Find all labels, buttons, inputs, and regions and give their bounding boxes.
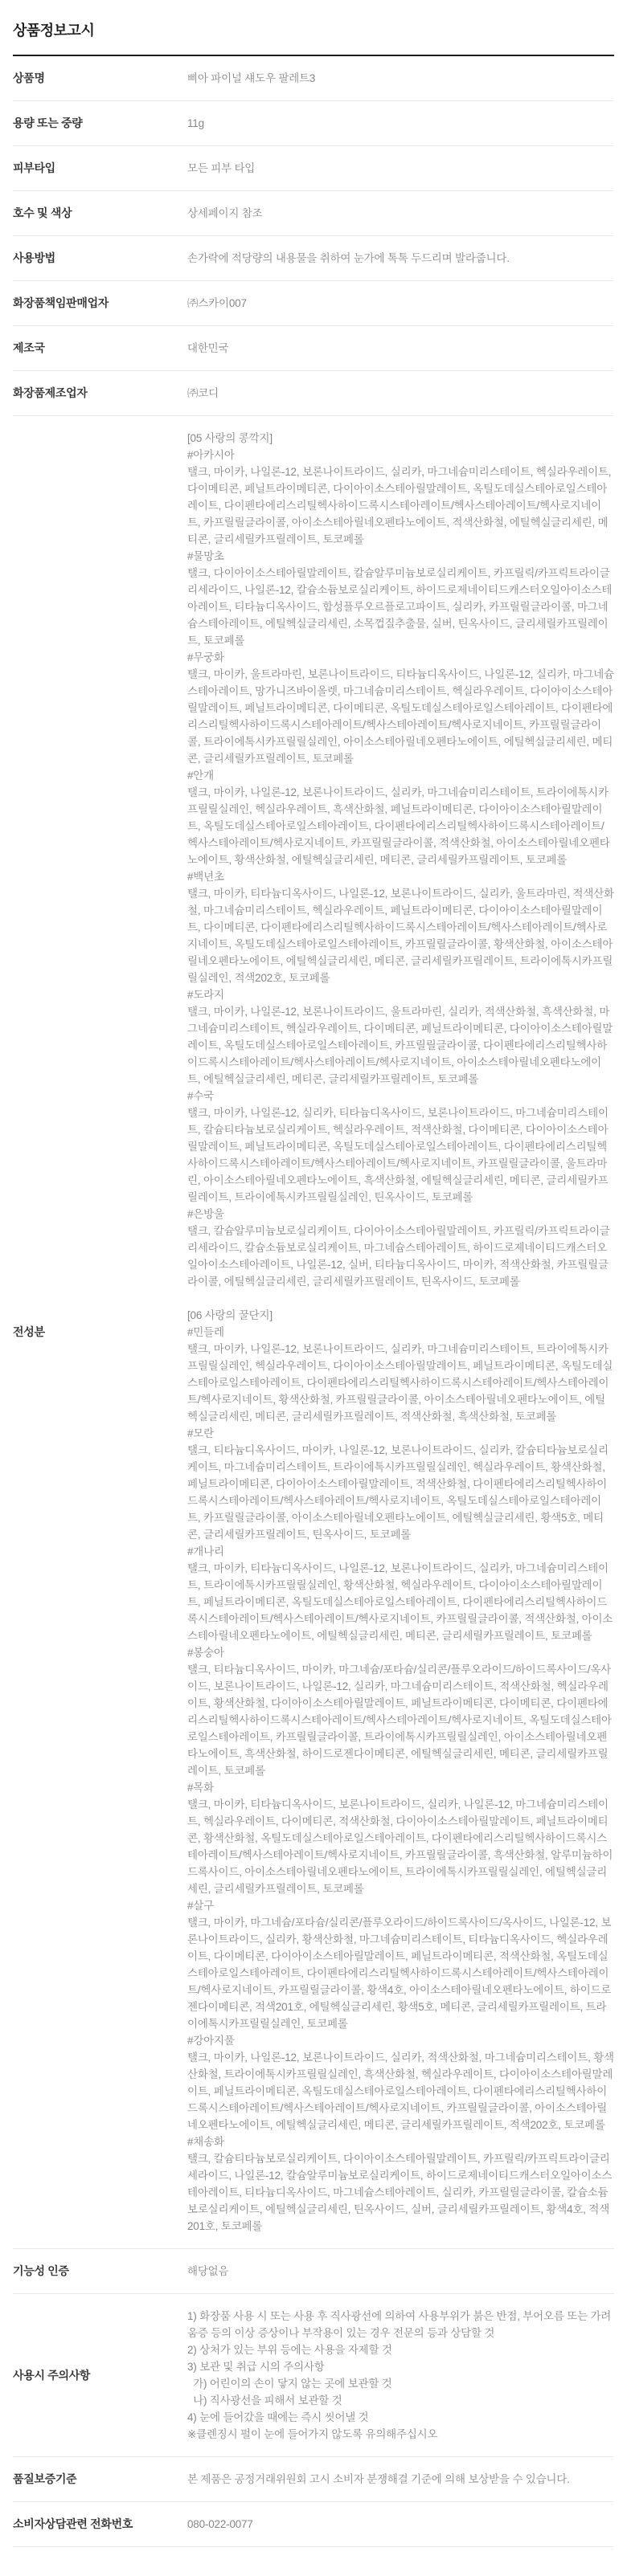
info-row-manufacturer: 화장품제조업자㈜코디	[13, 371, 614, 416]
row-value-line: 가) 어린이의 손이 닿지 않는 곳에 보관할 것	[187, 2375, 614, 2392]
row-value-line: #모란	[187, 1425, 614, 1442]
row-value-line: 탤크, 마이카, 티타늄디옥사이드, 보론나이트라이드, 실리카, 나일론-12…	[187, 1796, 614, 1897]
row-value-line: #무궁화	[187, 649, 614, 666]
row-value-line: 탤크, 마이카, 나일론-12, 보론나이트라이드, 실리카, 마그네슘미리스테…	[187, 463, 614, 548]
row-value-line: 탤크, 칼슘알루미늄보로실리케이트, 다이아이소스테아릴말레이트, 카프릴릭/카…	[187, 1223, 614, 1290]
row-value-line: #목화	[187, 1779, 614, 1796]
row-value-precautions: 1) 화장품 사용 시 또는 사용 후 직사광선에 의하여 사용부위가 붉은 반…	[187, 2308, 614, 2443]
product-info-table: 상품명삐아 파이널 섀도우 팔레트3용량 또는 중량11g피부타입모든 피부 타…	[13, 55, 614, 2547]
row-value-line: ※클렌징시 펄이 눈에 들어가지 않도록 유의해주십시오	[187, 2426, 614, 2443]
row-label-shade-color: 호수 및 색상	[13, 205, 187, 222]
info-row-usage: 사용방법손가락에 적당량의 내용물을 취하여 눈가에 톡톡 두드리며 발라줍니다…	[13, 236, 614, 281]
row-value-line: 탤크, 티타늄디옥사이드, 마이카, 마그네슘/포타슘/실리콘/플루오라이드/하…	[187, 1661, 614, 1779]
row-value-line: #수국	[187, 1088, 614, 1104]
row-label-ingredients: 전성분	[13, 1324, 187, 1341]
row-value-line: 탤크, 마이카, 마그네슘/포타슘/실리콘/플루오라이드/하이드록사이드/옥사이…	[187, 1914, 614, 2032]
row-value-line: #아카시아	[187, 447, 614, 463]
row-value-line: 탤크, 티타늄디옥사이드, 마이카, 나일론-12, 보론나이트라이드, 실리카…	[187, 1442, 614, 1543]
row-value-line: 4) 눈에 들어갔을 때에는 즉시 씻어낼 것	[187, 2409, 614, 2426]
row-value-line: #물망초	[187, 548, 614, 565]
row-label-quality-warranty: 품질보증기준	[13, 2471, 187, 2488]
info-row-shade-color: 호수 및 색상상세페이지 참조	[13, 191, 614, 236]
row-label-usage: 사용방법	[13, 250, 187, 267]
row-value-customer-service-phone: 080-022-0077	[187, 2516, 614, 2533]
row-value-manufacturer: ㈜코디	[187, 385, 614, 402]
row-value-line: 탤크, 마이카, 나일론-12, 보론나이트라이드, 실리카, 적색산화철, 마…	[187, 2049, 614, 2133]
row-value-country-of-origin: 대한민국	[187, 340, 614, 357]
info-row-ingredients: 전성분[05 사랑의 콩깍지]#아카시아탤크, 마이카, 나일론-12, 보론나…	[13, 416, 614, 2249]
info-row-quality-warranty: 품질보증기준본 제품은 공정거래위원회 고시 소비자 분쟁해결 기준에 의해 보…	[13, 2457, 614, 2502]
row-value-line: 1) 화장품 사용 시 또는 사용 후 직사광선에 의하여 사용부위가 붉은 반…	[187, 2308, 614, 2341]
row-value-line: 탤크, 마이카, 나일론-12, 보론나이트라이드, 실리카, 마그네슘미리스테…	[187, 784, 614, 868]
row-label-functional-certification: 기능성 인증	[13, 2263, 187, 2280]
row-value-line: 탤크, 마이카, 나일론-12, 실리카, 티타늄디옥사이드, 보론나이트라이드…	[187, 1104, 614, 1206]
row-value-ingredients: [05 사랑의 콩깍지]#아카시아탤크, 마이카, 나일론-12, 보론나이트라…	[187, 430, 614, 2235]
row-value-line: #민들레	[187, 1324, 614, 1341]
row-value-line: 탤크, 마이카, 나일론-12, 보론나이트라이드, 실리카, 마그네슘미리스테…	[187, 1341, 614, 1425]
page-title: 상품정보고시	[13, 19, 614, 40]
row-value-line	[187, 1290, 614, 1307]
row-value-responsible-seller: ㈜스카이007	[187, 295, 614, 312]
row-value-line: 2) 상처가 있는 부위 등에는 사용을 자제할 것	[187, 2341, 614, 2358]
row-value-weight: 11g	[187, 115, 614, 132]
row-value-skin-type: 모든 피부 타입	[187, 160, 614, 177]
row-value-line: 탤크, 다이아이소스테아릴말레이트, 칼슘알루미늄보로실리케이트, 카프릴릭/카…	[187, 565, 614, 649]
row-value-quality-warranty: 본 제품은 공정거래위원회 고시 소비자 분쟁해결 기준에 의해 보상받을 수 …	[187, 2471, 614, 2488]
row-value-line: 탤크, 칼슘티타늄보로실리케이트, 다이아이소스테아릴말레이트, 카프릴릭/카프…	[187, 2150, 614, 2235]
row-label-manufacturer: 화장품제조업자	[13, 385, 187, 402]
row-label-customer-service-phone: 소비자상담관련 전화번호	[13, 2516, 187, 2533]
row-value-functional-certification: 해당없음	[187, 2263, 614, 2280]
info-row-customer-service-phone: 소비자상담관련 전화번호080-022-0077	[13, 2502, 614, 2547]
row-value-line: 3) 보관 및 취급 시의 주의사항	[187, 2358, 614, 2375]
info-row-skin-type: 피부타입모든 피부 타입	[13, 146, 614, 191]
row-value-line: #강아지풀	[187, 2032, 614, 2049]
row-value-line: #개나리	[187, 1543, 614, 1560]
row-value-line: #백년초	[187, 868, 614, 885]
row-value-line: #은방울	[187, 1206, 614, 1223]
row-label-product-name: 상품명	[13, 70, 187, 87]
row-value-line: #채송화	[187, 2133, 614, 2150]
row-value-line: 탤크, 마이카, 나일론-12, 보론나이트라이드, 울트라마린, 실리카, 적…	[187, 1003, 614, 1088]
row-value-line: 탤크, 마이카, 울트라마린, 보론나이트라이드, 티타늄디옥사이드, 나일론-…	[187, 666, 614, 767]
product-info-notice-section: 상품정보고시 상품명삐아 파이널 섀도우 팔레트3용량 또는 중량11g피부타입…	[0, 19, 627, 2555]
row-label-responsible-seller: 화장품책임판매업자	[13, 295, 187, 312]
info-row-country-of-origin: 제조국대한민국	[13, 326, 614, 371]
info-row-precautions: 사용시 주의사항1) 화장품 사용 시 또는 사용 후 직사광선에 의하여 사용…	[13, 2294, 614, 2457]
row-label-skin-type: 피부타입	[13, 160, 187, 177]
row-value-product-name: 삐아 파이널 섀도우 팔레트3	[187, 70, 614, 87]
row-value-line: #봉숭아	[187, 1644, 614, 1661]
row-label-country-of-origin: 제조국	[13, 340, 187, 357]
row-value-line: 탤크, 마이카, 티타늄디옥사이드, 나일론-12, 보론나이트라이드, 실리카…	[187, 885, 614, 986]
row-value-line: [06 사랑의 꿀단지]	[187, 1307, 614, 1324]
row-value-line: 나) 직사광선을 피해서 보관할 것	[187, 2392, 614, 2409]
row-value-line: #살구	[187, 1897, 614, 1914]
info-row-responsible-seller: 화장품책임판매업자㈜스카이007	[13, 281, 614, 326]
info-row-product-name: 상품명삐아 파이널 섀도우 팔레트3	[13, 56, 614, 101]
row-value-line: #도라지	[187, 986, 614, 1003]
row-value-usage: 손가락에 적당량의 내용물을 취하여 눈가에 톡톡 두드리며 발라줍니다.	[187, 250, 614, 267]
row-label-precautions: 사용시 주의사항	[13, 2367, 187, 2384]
row-value-line: [05 사랑의 콩깍지]	[187, 430, 614, 447]
row-value-shade-color: 상세페이지 참조	[187, 205, 614, 222]
row-value-line: 탤크, 마이카, 티타늄디옥사이드, 나일론-12, 보론나이트라이드, 실리카…	[187, 1560, 614, 1644]
row-label-weight: 용량 또는 중량	[13, 115, 187, 132]
info-row-functional-certification: 기능성 인증해당없음	[13, 2249, 614, 2294]
row-value-line: #안개	[187, 767, 614, 784]
info-row-weight: 용량 또는 중량11g	[13, 101, 614, 146]
